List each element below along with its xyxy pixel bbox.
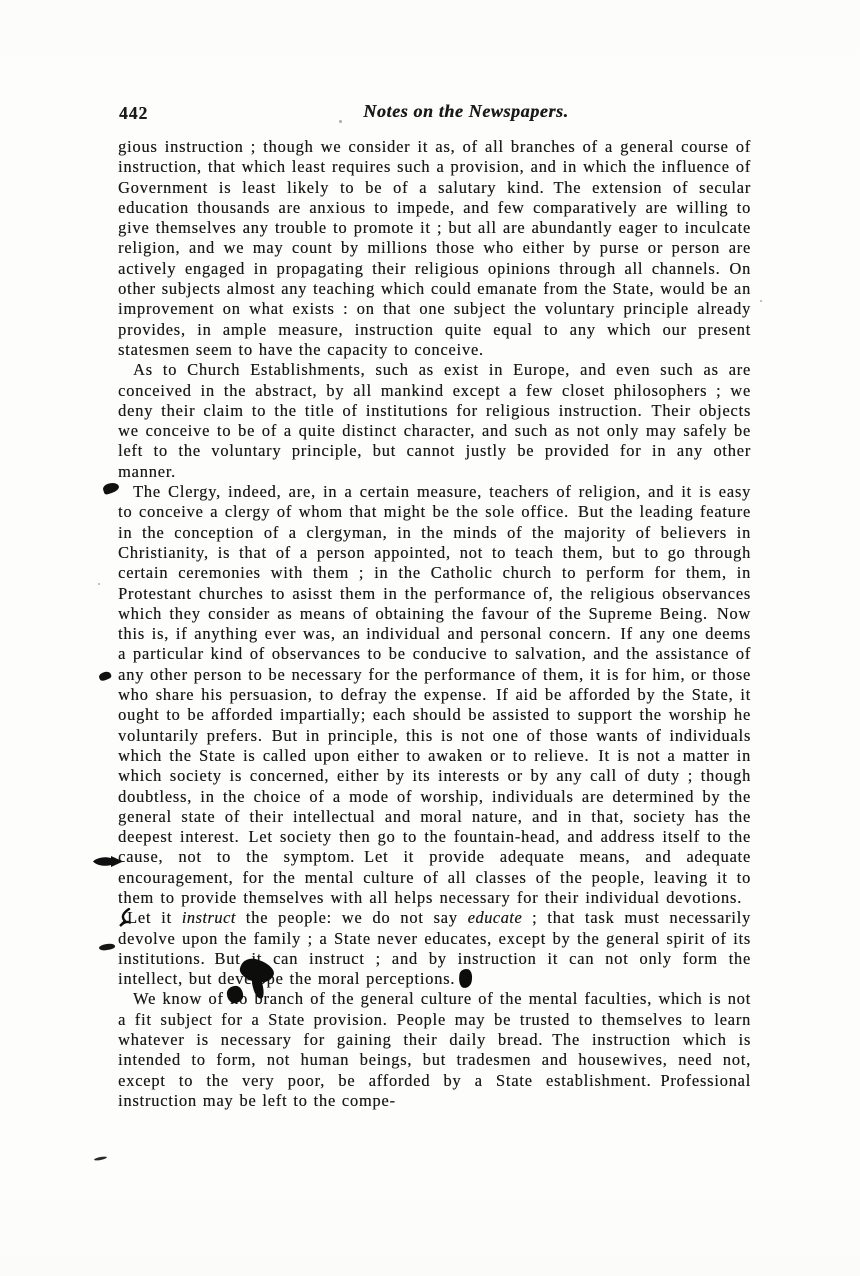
running-title: Notes on the Newspapers.	[150, 101, 782, 122]
text-run: As to Church Establishments, such as exi…	[118, 360, 751, 480]
pen-mark-arrow-icon	[92, 855, 124, 868]
scan-speck	[339, 120, 342, 123]
text-run: The Clergy, indeed, are, in a certain me…	[118, 482, 751, 907]
paragraph: We know of no branch of the general cult…	[118, 989, 751, 1111]
scan-speck	[98, 583, 100, 585]
text-run: Let it	[127, 908, 182, 927]
paragraph: The Clergy, indeed, are, in a certain me…	[118, 482, 751, 989]
text-run: We know of	[133, 989, 230, 1008]
text-run: ope the moral perceptions.	[258, 969, 456, 988]
italic-word: instruct	[182, 908, 236, 927]
ink-blotted-text: no	[230, 989, 248, 1008]
text-run: gious instruction ; though we consider i…	[118, 137, 751, 359]
ink-blotted-text: l	[252, 969, 257, 988]
scanned-book-page: 442 Notes on the Newspapers. gious instr…	[0, 0, 860, 1276]
italic-word: educate	[468, 908, 522, 927]
paragraph: gious instruction ; though we consider i…	[118, 137, 751, 360]
ink-blot-icon	[458, 968, 473, 988]
text-run: the people: we do not say	[236, 908, 468, 927]
pen-mark-thin-dash-icon	[94, 1156, 107, 1161]
page-number: 442	[119, 103, 148, 124]
text-block: gious instruction ; though we consider i…	[118, 137, 751, 1111]
pen-mark-dash-icon	[99, 943, 116, 951]
paragraph: As to Church Establishments, such as exi…	[118, 360, 751, 482]
scan-speck	[760, 300, 762, 302]
pen-mark-tick-icon	[98, 670, 112, 682]
